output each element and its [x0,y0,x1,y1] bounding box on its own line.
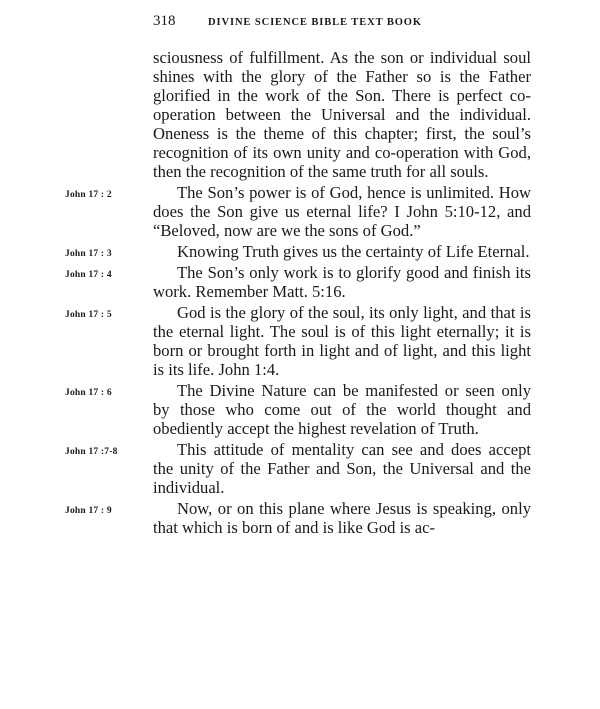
running-head: DIVINE SCIENCE BIBLE TEXT BOOK [208,17,422,28]
paragraph-text: The Divine Nature can be manifested or s… [153,381,531,438]
page-number: 318 [153,13,176,30]
paragraph-text: This attitude of mentality can see and d… [153,440,531,497]
margin-reference: John 17 : 5 [65,306,112,325]
paragraph-text: The Son’s power is of God, hence is unli… [153,183,531,240]
paragraph-continuation: sciousness of fulfillment. As the son or… [153,48,531,181]
margin-reference: John 17 : 2 [65,186,112,205]
paragraph-text: Now, or on this plane where Jesus is spe… [153,499,531,537]
margin-reference: John 17 : 6 [65,384,112,403]
paragraph: John 17 : 4 The Son’s only work is to gl… [153,263,531,301]
margin-reference: John 17 : 3 [65,245,112,264]
paragraph: John 17 : 3 Knowing Truth gives us the c… [153,242,531,261]
paragraph: John 17 :7-8 This attitude of mentality … [153,440,531,497]
margin-reference: John 17 : 4 [65,266,112,285]
paragraph: John 17 : 2 The Son’s power is of God, h… [153,183,531,240]
margin-reference: John 17 :7-8 [65,443,118,462]
paragraph: John 17 : 5 God is the glory of the soul… [153,303,531,379]
page-header: 318 DIVINE SCIENCE BIBLE TEXT BOOK [153,13,533,33]
paragraph-text: God is the glory of the soul, its only l… [153,303,531,379]
paragraph: John 17 : 9 Now, or on this plane where … [153,499,531,537]
paragraph-text: Knowing Truth gives us the certainty of … [177,242,530,261]
body-text: sciousness of fulfillment. As the son or… [153,48,531,539]
paragraph: John 17 : 6 The Divine Nature can be man… [153,381,531,438]
paragraph-text: sciousness of fulfillment. As the son or… [153,48,531,181]
margin-reference: John 17 : 9 [65,502,112,521]
paragraph-text: The Son’s only work is to glorify good a… [153,263,531,301]
